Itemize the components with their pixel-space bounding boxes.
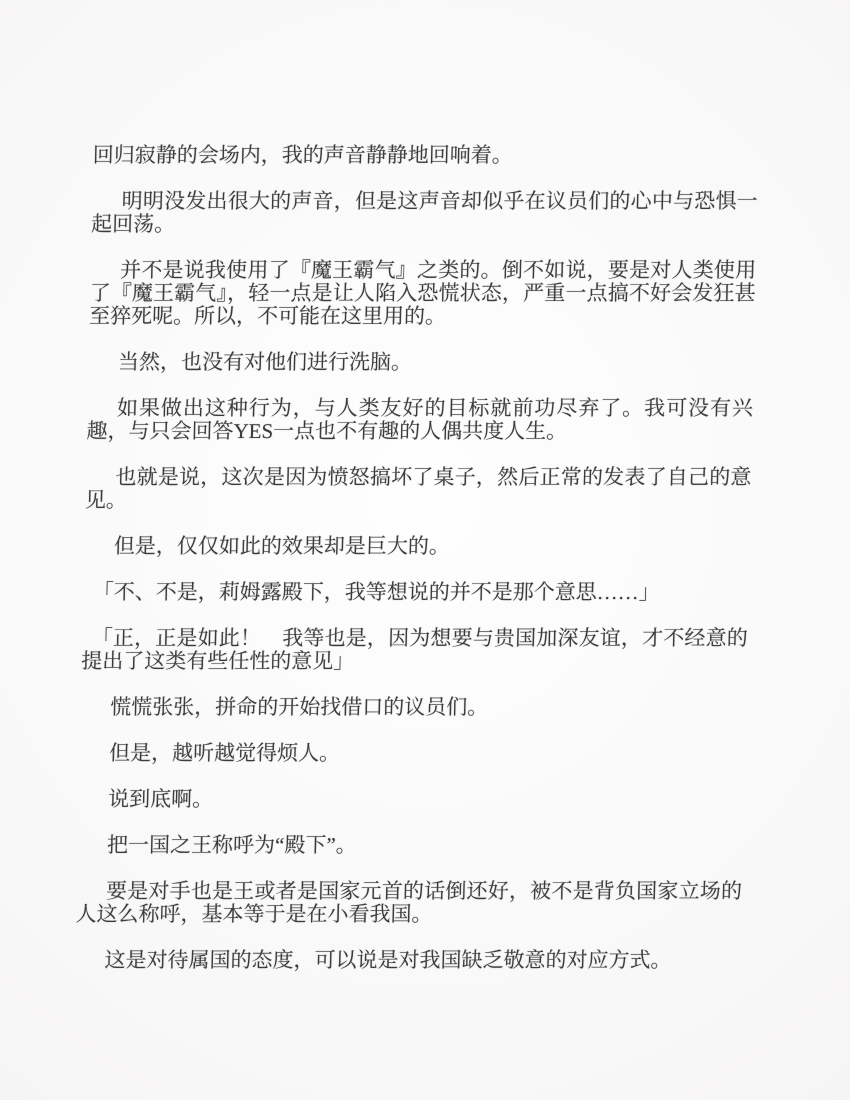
paragraph: 但是，仅仅如此的效果却是巨大的。 bbox=[84, 535, 751, 558]
paragraph: 把一国之王称呼为“殿下”。 bbox=[77, 834, 744, 857]
paragraph: 说到底啊。 bbox=[78, 788, 745, 811]
paragraph: 并不是说我使用了『魔王霸气』之类的。倒不如说，要是对人类使用了『魔王霸气』，轻一… bbox=[89, 259, 757, 328]
novel-page: 回归寂静的会场内，我的声音静静地回响着。明明没发出很大的声音，但是这声音却似乎在… bbox=[0, 0, 850, 1100]
paragraph: 这是对待属国的态度，可以说是对我国缺乏敬意的对应方式。 bbox=[74, 949, 741, 972]
paragraph: 当然，也没有对他们进行洗脑。 bbox=[88, 351, 755, 374]
paragraph: 「正，正是如此！ 我等也是，因为想要与贵国加深友谊，才不经意的提出了这类有些任性… bbox=[81, 627, 748, 673]
paragraph: 明明没发出很大的声音，但是这声音却似乎在议员们的心中与恐惧一起回荡。 bbox=[91, 190, 758, 236]
paragraph: 如果做出这种行为，与人类友好的目标就前功尽弃了。我可没有兴趣，与只会回答YES一… bbox=[86, 397, 753, 443]
novel-text-column: 回归寂静的会场内，我的声音静静地回响着。明明没发出很大的声音，但是这声音却似乎在… bbox=[74, 144, 759, 995]
paragraph: 但是，越听越觉得烦人。 bbox=[79, 742, 746, 765]
paragraph: 要是对手也是王或者是国家元首的话倒还好，被不是背负国家立场的人这么称呼，基本等于… bbox=[75, 880, 742, 926]
paragraph: 回归寂静的会场内，我的声音静静地回响着。 bbox=[92, 144, 759, 167]
paragraph: 也就是说，这次是因为愤怒搞坏了桌子，然后正常的发表了自己的意见。 bbox=[85, 466, 752, 512]
paragraph: 「不、不是，莉姆露殿下，我等想说的并不是那个意思……」 bbox=[83, 581, 750, 604]
paragraph: 慌慌张张，拼命的开始找借口的议员们。 bbox=[80, 696, 747, 719]
